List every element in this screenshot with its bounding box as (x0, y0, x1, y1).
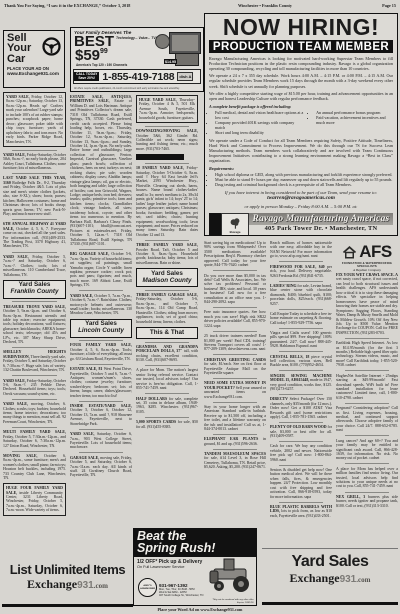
call-today-badge: CALL TODAYSave 20%! (74, 72, 99, 81)
classified-ad: Lung cancer? And age 60+? You and your f… (336, 435, 398, 460)
classified-ad: A place for Mom has helped over a millio… (336, 463, 398, 488)
classified-ad: HughesNet Satellite Internet - 25mbps st… (336, 370, 398, 400)
classified-ad: THREE FAMILY GARAGE SALE, Friday-Saturda… (136, 290, 198, 324)
section-header: Yard SalesFranklin County (3, 280, 66, 299)
shop-logo-seal: ANDY'S LAWNMOWER (138, 578, 157, 597)
classified-ad: PLENTY OF OLD BARN WOOD for sale, $3,000… (270, 422, 332, 439)
afs-logo-text: AFS (359, 242, 392, 262)
requirements-list: High school diploma or GED, along with p… (215, 172, 393, 187)
classified-ad: DOWNSIZING/MOVING SALE, October 5&6, 362… (136, 126, 198, 151)
classified-column-3: HUGE YARD SALE, Thursday-Friday, October… (136, 95, 198, 526)
company-name-banner: Ravago Manufacturing Americas (249, 213, 393, 225)
header-page-number: Page 15 (382, 3, 396, 8)
header-region: Winchester • Franklin County (238, 3, 292, 8)
sell-car-url: www.Exchange931.com (7, 71, 61, 76)
classified-ad: A place for Mom. The nation's largest se… (136, 365, 198, 390)
classified-ad: FOUR FAMILY YARD SALE, October 4, 5, 6, … (70, 340, 132, 361)
classified-ad: TANDEM MAUSOLEUM SPACES for sale, #14 Le… (204, 449, 266, 470)
classified-ad: FIREWOOD FOR SALE, $40 per rick, you hau… (270, 261, 332, 278)
hiring-subtitle: PRODUCTION TEAM MEMBER (209, 40, 393, 53)
satellite-dish-icon (155, 34, 170, 49)
classified-ad: ELEPHANT EAR PLANTS in ground, $1 and up… (204, 434, 266, 446)
zero-turn-mower-image (208, 551, 254, 597)
classified-ad: Do you owe more than $5,000 in tax debt?… (204, 270, 266, 304)
classified-ad: THREE FAMILY YARD SALE, Powder Road, Taf… (136, 240, 198, 265)
classified-ad: HUGE YARD SALE, Thursday-Friday, October… (136, 95, 198, 123)
yard-sales-banner: Yard Sales Exchange931.com (262, 548, 398, 605)
classified-ad: HUGE FOUR FAMILY YARD SALE, inside Liber… (3, 483, 66, 516)
benefits-list-right: An annual performance bonus program Paid… (316, 110, 393, 136)
section-header: This & That (136, 327, 198, 339)
ravago-paragraph: We operate under a Code of Conduct for a… (209, 138, 393, 163)
afs-company-line: A Baydian Company (336, 268, 398, 272)
classified-ad: YARD SALE, Friday-Saturday, October 5-6,… (3, 375, 66, 396)
steering-wheel-icon (42, 37, 61, 61)
classified-ad: SHELLEY HEIGHTS SUBDIVISION, Three famil… (3, 347, 66, 372)
classified-column-5: Reach millions of homes nationwide with … (270, 241, 332, 546)
resume-email: twarren@ravagoamericas.com (209, 195, 393, 201)
classified-column-6: AFSFOUNDATION & WATERPROOFING SPECIALIST… (336, 241, 398, 546)
classified-ad: Call Empire Today to schedule a free in-… (270, 309, 332, 326)
classified-ad: ESTATE SALE, 81 West Point Drive, Fayett… (70, 364, 132, 398)
dish-tv-ad: Your Family Deserves The BEST Technology… (70, 27, 204, 92)
requirement-item: Drug testing and criminal background che… (215, 182, 393, 187)
ravago-logo-text: Ravago (230, 230, 241, 234)
benefits-list-left: Full medical, dental and vision healthca… (215, 110, 304, 136)
tree-icon (229, 217, 242, 230)
classified-ad: YARD SALE, Friday-Saturday, October 5&6,… (3, 150, 66, 171)
classified-ad: FIX YOUR WET CRAWL SPACE. A wet nasty cr… (336, 273, 398, 335)
section-header: Yard SalesLincoln County (70, 319, 132, 338)
classified-ad: NEX GRILL, 3 burners plus side burner, n… (336, 492, 398, 509)
classified-ad: Earthlink High Speed Internet. As low as… (336, 338, 398, 368)
header-tagline: Thank You For Saying, “I saw it in the E… (4, 3, 130, 8)
classified-ad: CHRISTIAN GREETING CARDS for sale, $1/ea… (204, 354, 266, 375)
classified-ad: Reach millions of homes nationwide with … (270, 241, 332, 259)
classified-ad: 5,000 SPORTS CARDS for sale, $50 for all… (136, 417, 198, 429)
internet-price-tag: $14.95 (164, 59, 177, 64)
classified-ad: INSIDE ESTATE/YARD SALE, October 5, Octo… (70, 401, 132, 426)
ravago-paragraph: Ravago Manufacturing Americas is looking… (209, 56, 393, 71)
classified-ad: SINGER SEWING MACHINE MODEL 15, AH615448… (270, 370, 332, 391)
company-address: 405 Park Tower Dr. • Manchester, TN (249, 225, 393, 232)
classified-ad: Start saving big on medications! Up to 9… (204, 241, 266, 268)
classified-ad: Stay in your home longer with an America… (204, 402, 266, 432)
ravago-paragraph: We offer a highly competitive starting w… (209, 91, 393, 101)
dish-retailer-logos: dish A (177, 72, 193, 81)
mower-address: 407 South College St., Winchester, TN (159, 594, 211, 597)
divider-bar (136, 154, 184, 160)
dish-call-row: CALL TODAYSave 20%! 1-855-419-7188 dish … (73, 69, 201, 84)
classified-ad: LADIES' RING for sale, Levian brand, blu… (270, 281, 332, 306)
mower-fine-print: *May not be combined with any other offe… (210, 599, 254, 604)
benefit-item: Full medical, dental and vision healthca… (215, 110, 304, 120)
banner-right-text: Yard Sales (262, 553, 398, 571)
classified-ad: HALF DOLLARS for sale, complete set, 35 … (136, 393, 198, 414)
classified-ad: Cash for cars: We buy any condition vehi… (270, 441, 332, 462)
exchange931-logo: Exchange931.com (262, 571, 398, 586)
classified-ad: BIG GARAGE SALE, October 5-6, 7a.m.-3p.m… (70, 249, 132, 288)
classified-ad: GARAGE SALE, moving sale, Friday, Octobe… (70, 452, 132, 477)
classified-ad: 25 truck driver trainees needed! Earn $1… (204, 331, 266, 352)
dish-product-art: $14.95 (155, 32, 201, 66)
classified-ad: YARD SALE, Friday, October 5, 7a.m.-? an… (3, 252, 66, 277)
classified-ad: MOVING SALE, October 6, 8a.m.-4p.m., som… (3, 451, 66, 481)
classified-ad: YARD SALE, moving, October, 6. Clothes; … (3, 399, 66, 424)
page-header: Thank You For Saying, “I saw it in the E… (0, 2, 400, 12)
apply-line: or apply in person Monday – Friday 8:00 … (209, 204, 393, 210)
classified-ad: YARD SALE, Friday, October 12, 8a.m.-12p… (3, 92, 66, 147)
classified-ad: ESTATE SALE, ANTIQUES, PRIMITIVES SALE, … (70, 95, 132, 246)
classified-column-4: Start saving big on medications! Up to 9… (204, 241, 266, 524)
tv-screen-image (169, 32, 201, 54)
hiring-title: NOW HIRING! (209, 16, 393, 39)
classified-ad: DIRECTV Select Package! Over 150 channel… (270, 394, 332, 419)
classified-ad: GRANDMA AND GRANDPA PORCELAIN DOLLS, 37"… (136, 342, 198, 363)
classified-ad: Viagra and Cialis users! 100 generic pil… (270, 328, 332, 349)
afs-logo-block: AFSFOUNDATION & WATERPROOFING SPECIALIST… (336, 242, 398, 272)
classified-ad: 6TH ANNUAL HIGHWAY 41 YARD SALE, October… (3, 219, 66, 249)
laptop-image (175, 53, 199, 66)
benefit-item: Short and long term disability (215, 130, 304, 135)
requirements-title: Requirements: (209, 166, 393, 171)
section-header: Yard SalesMadison County (136, 268, 198, 287)
ravago-paragraph: We operate a 24 x 7 x 355 day schedule. … (209, 73, 393, 88)
classified-ad: Free auto insurance quotes. See how much… (204, 307, 266, 328)
newspaper-page: Thank You For Saying, “I saw it in the E… (0, 0, 400, 614)
ravago-hiring-ad: NOW HIRING! PRODUCTION TEAM MEMBER Ravag… (204, 13, 398, 236)
dish-fine-print: All offers require credit qualification,… (74, 87, 200, 90)
dish-feature-list: Technology... Value... TV!... (116, 36, 160, 40)
classified-ad: BLUE PLASTIC BARRELS WITH LIDS, lots to … (270, 502, 332, 519)
house-icon (342, 245, 357, 260)
list-unlimited-banner: List Unlimited Items Exchange931.com (2, 557, 133, 607)
classified-ad: CRYSTAL BELLS, 18 piece crystal bell col… (270, 351, 332, 368)
place-word-ad-line: Place your Word Ad on www.Exchange931.co… (0, 607, 400, 612)
classified-ad: LAST YARD SALE THIS YEAR, 3160 Rutledge … (3, 173, 66, 216)
classified-ad: TREASURE TROVE YARD SALE, October 5, 9a.… (3, 301, 66, 344)
exchange931-logo: Exchange931.com (2, 577, 133, 592)
sell-your-car-ad: Sell Your Car PLACE YOUR AD ON www.Excha… (3, 30, 65, 88)
classified-ad: MULTI FAMILY YARD SALE, Friday, October … (3, 427, 66, 448)
classified-ad: Seniors & disabled get help now! One but… (270, 465, 332, 499)
classified-column-2: ESTATE SALE, ANTIQUES, PRIMITIVES SALE, … (70, 95, 132, 555)
lawnmower-service-ad: Beat theSpring Rush! 1/2 OFF* Pick up & … (133, 528, 257, 606)
classified-ad: 10 FAMILY YARD SALE, Friday-Saturday, Oc… (136, 163, 198, 237)
classified-ad: Pregnant? Considering adoption? Call us … (336, 403, 398, 433)
classified-ad: YARD SALE, Saturday, October 6, 7a.m., 9… (70, 429, 132, 450)
classified-column-1: YARD SALE, Friday, October 12, 8a.m.-12p… (3, 92, 66, 555)
banner-left-block (209, 213, 221, 236)
classified-ad: NEED SOME EXTRA MONEY IN YOUR POCKET? Se… (204, 378, 266, 399)
benefit-item: Paid vacation, achievement incentives an… (316, 115, 393, 125)
classified-ad: YARD SALE, October 5, 7a.m.-7p.m., Octob… (70, 290, 132, 315)
benefit-item: Company provided 401K savings with compa… (215, 120, 304, 130)
ravago-logo: Ravago (221, 213, 249, 236)
dish-phone-number: 1-855-419-7188 (102, 71, 174, 83)
banner-left-text: List Unlimited Items (2, 562, 133, 577)
